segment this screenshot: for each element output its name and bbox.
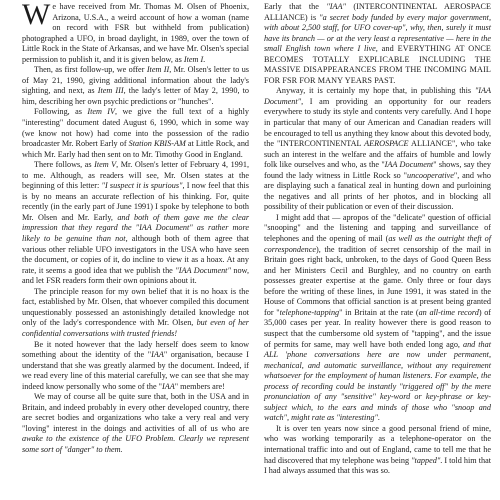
paragraph: Be it noted however that the lady hersel… <box>22 340 249 393</box>
italic-text: Item III <box>98 86 124 95</box>
italic-text: and that ALL 'phone conversations here a… <box>264 340 491 423</box>
paragraph: Early that the "IAA" (INTERCONTINENTAL A… <box>264 2 491 86</box>
text: " members are! <box>175 382 225 391</box>
italic-text: "I suspect it is spurious" <box>102 181 183 190</box>
right-column: Early that the "IAA" (INTERCONTINENTAL A… <box>264 2 491 500</box>
italic-text: IAA Document <box>385 160 434 169</box>
drop-cap: W <box>22 3 50 27</box>
paragraph: Anyway, it is certainly my hope that, in… <box>264 86 491 213</box>
text: " in Britain at the rate ( <box>339 308 418 317</box>
italic-text: Item V <box>94 160 116 169</box>
text: We may of course all be quite sure that,… <box>22 392 249 433</box>
text: Then, as first follow-up, we offer <box>34 65 147 74</box>
italic-text: uncooperative <box>407 171 454 180</box>
magazine-page: We have received from Mr. Thomas M. Olse… <box>22 2 492 500</box>
text: . <box>203 55 205 64</box>
paragraph: It is over ten years now since a good pe… <box>264 424 491 477</box>
italic-text: Item I <box>184 55 203 64</box>
text: Following, as <box>34 107 87 116</box>
left-column: We have received from Mr. Thomas M. Olse… <box>22 2 249 500</box>
italic-text: AEROSPACE <box>364 139 408 148</box>
text: ), the tradition of secret censorship of… <box>264 245 491 317</box>
text: Anyway, it is certainly my hope that, in… <box>276 86 475 95</box>
text: e have received from Mr. Thomas M. Olsen… <box>22 2 249 64</box>
italic-text: Item II <box>147 65 169 74</box>
italic-text: Station KBIS-AM <box>129 139 186 148</box>
paragraph: We have received from Mr. Thomas M. Olse… <box>22 2 249 65</box>
text: There follows, as <box>34 160 94 169</box>
paragraph: The principle reason for my own belief t… <box>22 287 249 340</box>
italic-text: telephone-tapping <box>280 308 340 317</box>
paragraph: Then, as first follow-up, we offer Item … <box>22 65 249 107</box>
italic-text: "IAA" <box>326 2 346 11</box>
text: Early that the <box>264 2 326 11</box>
italic-text: Item IV <box>87 107 115 116</box>
paragraph: We may of course all be quite sure that,… <box>22 392 249 455</box>
italic-text: an all-time record <box>419 308 479 317</box>
paragraph: There follows, as Item V, Mr. Olsen's le… <box>22 160 249 287</box>
italic-text: IAA <box>162 382 175 391</box>
italic-text: IAA <box>151 350 164 359</box>
italic-text: "IAA Document" <box>175 266 231 275</box>
italic-text: "tapped" <box>411 456 440 465</box>
paragraph: I might add that — apropos of the "delic… <box>264 213 491 424</box>
italic-text: awake to the existence of the UFO Proble… <box>22 434 249 454</box>
paragraph: Following, as Item IV, we give the full … <box>22 107 249 160</box>
